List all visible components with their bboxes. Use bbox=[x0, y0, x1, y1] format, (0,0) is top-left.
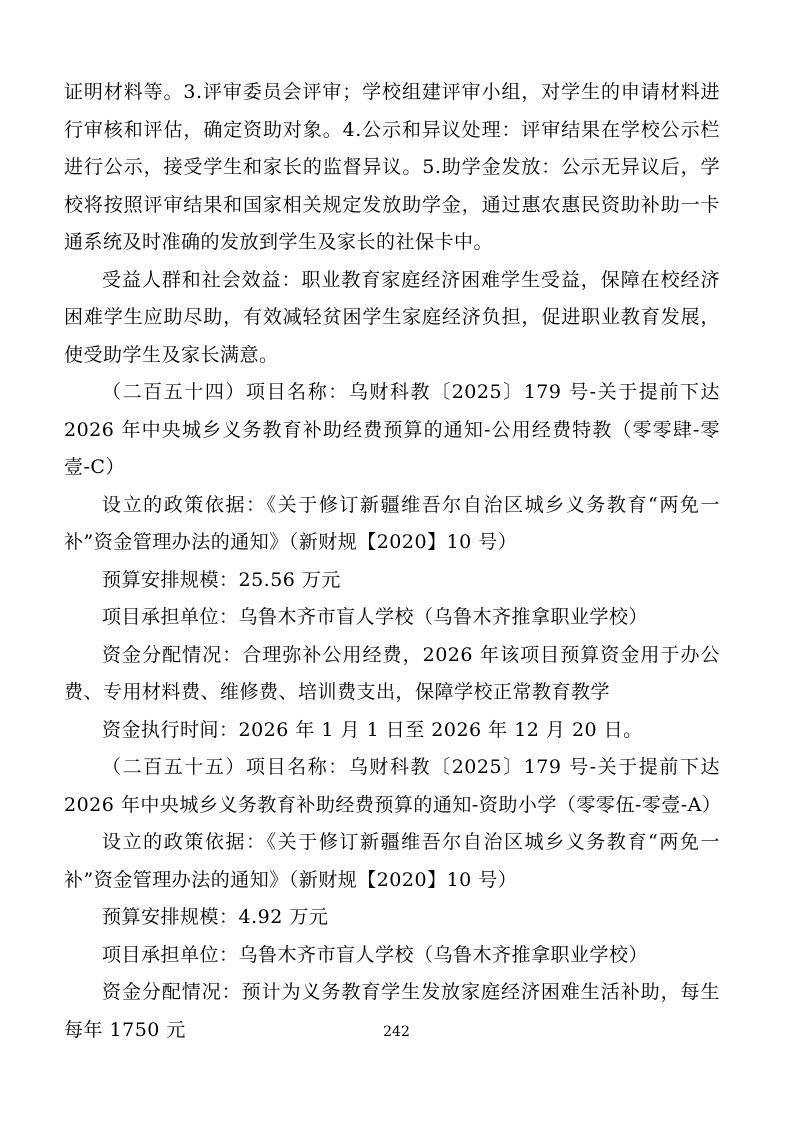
project-254-undertaking-unit: 项目承担单位：乌鲁木齐市盲人学校（乌鲁木齐推拿职业学校） bbox=[64, 599, 720, 637]
project-255-name: （二百五十五）项目名称：乌财科教〔2025〕179 号-关于提前下达 2026 … bbox=[64, 749, 720, 824]
project-254-name: （二百五十四）项目名称：乌财科教〔2025〕179 号-关于提前下达 2026 … bbox=[64, 374, 720, 487]
page-number: 242 bbox=[0, 1022, 793, 1042]
document-page: 证明材料等。3.评审委员会评审；学校组建评审小组，对学生的申请材料进行审核和评估… bbox=[0, 0, 793, 1122]
project-254-fund-allocation: 资金分配情况：合理弥补公用经费，2026 年该项目预算资金用于办公费、专用材料费… bbox=[64, 637, 720, 712]
project-254-budget-scale: 预算安排规模：25.56 万元 bbox=[64, 562, 720, 600]
project-255-undertaking-unit: 项目承担单位：乌鲁木齐市盲人学校（乌鲁木齐推拿职业学校） bbox=[64, 937, 720, 975]
project-254-execution-time: 资金执行时间：2026 年 1 月 1 日至 2026 年 12 月 20 日。 bbox=[64, 712, 720, 750]
project-255-policy-basis: 设立的政策依据：《关于修订新疆维吾尔自治区城乡义务教育“两免一补”资金管理办法的… bbox=[64, 824, 720, 899]
project-254-policy-basis: 设立的政策依据：《关于修订新疆维吾尔自治区城乡义务教育“两免一补”资金管理办法的… bbox=[64, 487, 720, 562]
paragraph-beneficiary-social-benefit: 受益人群和社会效益：职业教育家庭经济困难学生受益，保障在校经济困难学生应助尽助，… bbox=[64, 262, 720, 375]
document-body: 证明材料等。3.评审委员会评审；学校组建评审小组，对学生的申请材料进行审核和评估… bbox=[64, 74, 720, 1049]
project-255-budget-scale: 预算安排规模：4.92 万元 bbox=[64, 899, 720, 937]
paragraph-scholarship-review-process: 证明材料等。3.评审委员会评审；学校组建评审小组，对学生的申请材料进行审核和评估… bbox=[64, 74, 720, 262]
